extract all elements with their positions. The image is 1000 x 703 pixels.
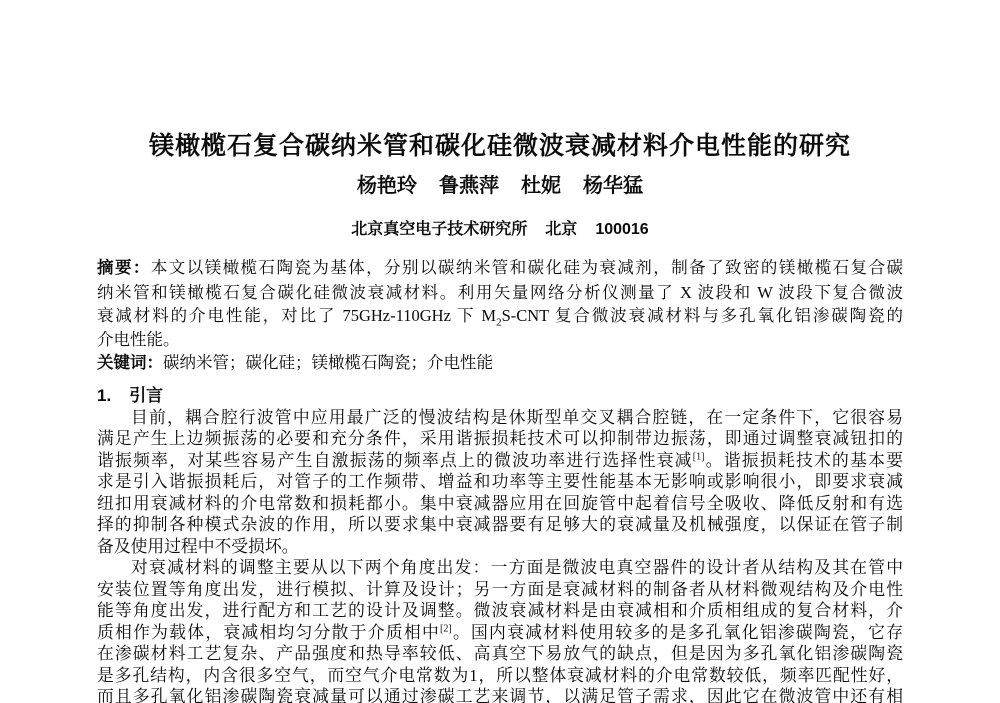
text-line: 满足产生上边频振荡的必要和充分条件，采用谐振损耗技术可以抑制带边振荡，即通过调整… bbox=[97, 428, 903, 450]
author-name: 杜妮 bbox=[521, 175, 561, 197]
affiliation-city: 北京 bbox=[545, 221, 577, 238]
abstract-block: 摘要：本文以镁橄榄石陶瓷为基体，分别以碳纳米管和碳化硅为衰减剂，制备了致密的镁橄… bbox=[97, 256, 903, 376]
text-line: 摘要：本文以镁橄榄石陶瓷为基体，分别以碳纳米管和碳化硅为衰减剂，制备了致密的镁橄… bbox=[97, 256, 903, 281]
affiliation-postcode: 100016 bbox=[595, 221, 648, 238]
affiliation: 北京真空电子技术研究所北京100016 bbox=[97, 220, 903, 239]
text-line: 求是引入谐振损耗后，对管子的工作频带、增益和功率等主要性能基本无影响或影响很小，… bbox=[97, 471, 903, 493]
paper-title: 镁橄榄石复合碳纳米管和碳化硅微波衰减材料介电性能的研究 bbox=[97, 0, 903, 161]
section-title: 引言 bbox=[129, 386, 163, 405]
text-line: 纽扣用衰减材料的介电常数和损耗都小。集中衰减器应用在回旋管中起着信号全吸收、降低… bbox=[97, 493, 903, 515]
author-name: 杨艳玲 bbox=[357, 175, 417, 197]
text-line: 是多孔结构，内含很多空气，而空气介电常数为1，所以整体衰减材料的介电常数较低，频… bbox=[97, 665, 903, 687]
text-line: 纳米管和镁橄榄石复合碳化硅微波衰减材料。利用矢量网络分析仪测量了 X 波段和 W… bbox=[97, 281, 903, 305]
text-line: 对衰减材料的调整主要从以下两个角度出发：一方面是微波电真空器件的设计者从结构及其… bbox=[97, 557, 903, 579]
author-name: 鲁燕萍 bbox=[439, 175, 499, 197]
affiliation-institute: 北京真空电子技术研究所 bbox=[351, 221, 527, 238]
text-line: 关键词：碳纳米管；碳化硅；镁橄榄石陶瓷；介电性能 bbox=[97, 351, 903, 376]
text-line: 能等角度出发，进行配方和工艺的设计及调整。微波衰减材料是由衰减相和介质相组成的复… bbox=[97, 600, 903, 622]
paper-page: 镁橄榄石复合碳纳米管和碳化硅微波衰减材料介电性能的研究 杨艳玲鲁燕萍杜妮杨华猛 … bbox=[0, 0, 1000, 703]
text-line: 安装位置等角度出发，进行模拟、计算及设计；另一方面是衰减材料的制备者从材料微观结… bbox=[97, 579, 903, 601]
text-line: 谐振频率，对某些容易产生自激振荡的频率点上的微波功率进行选择性衰减[1]。谐振损… bbox=[97, 450, 903, 472]
author-name: 杨华猛 bbox=[583, 175, 643, 197]
text-line: 衰减材料的介电性能，对比了 75GHz-110GHz 下 M2S-CNT 复合微… bbox=[97, 304, 903, 328]
section-number: 1. bbox=[97, 386, 111, 405]
text-line: 介电性能。 bbox=[97, 328, 903, 352]
text-line: 目前，耦合腔行波管中应用最广泛的慢波结构是休斯型单交叉耦合腔链，在一定条件下，它… bbox=[97, 407, 903, 429]
author-list: 杨艳玲鲁燕萍杜妮杨华猛 bbox=[97, 174, 903, 198]
text-line: 择的抑制各种模式杂波的作用，所以要求集中衰减器要有足够大的衰减量及机械强度，以保… bbox=[97, 514, 903, 536]
text-line: 在渗碳材料工艺复杂、产品强度和热导率较低、高真空下易放气的缺点，但是因为多孔氧化… bbox=[97, 643, 903, 665]
text-line: 而且多孔氧化铝渗碳陶瓷衰减量可以通过渗碳工艺来调节，以满足管子需求，因此它在微波… bbox=[97, 686, 903, 703]
text-line: 备及使用过程中不受损坏。 bbox=[97, 536, 903, 558]
section-heading-introduction: 1.引言 bbox=[97, 385, 903, 407]
text-line: 质相作为载体，衰减相均匀分散于介质相中[2]。国内衰减材料使用较多的是多孔氧化铝… bbox=[97, 622, 903, 644]
body-paragraphs: 目前，耦合腔行波管中应用最广泛的慢波结构是休斯型单交叉耦合腔链，在一定条件下，它… bbox=[97, 407, 903, 703]
page-content: 镁橄榄石复合碳纳米管和碳化硅微波衰减材料介电性能的研究 杨艳玲鲁燕萍杜妮杨华猛 … bbox=[97, 0, 903, 703]
